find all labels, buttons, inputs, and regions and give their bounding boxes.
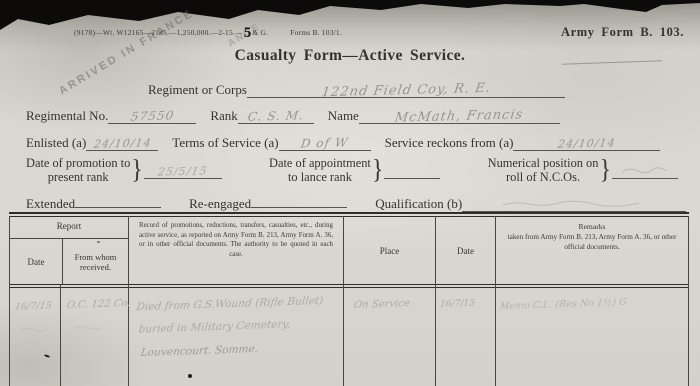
col-header-from-whom: From whom received. [63,239,128,285]
enlistment-row: Enlisted (a) 24/10/14 Terms of Service (… [26,135,660,151]
numerical-position-field: Numerical position on roll of N.C.Os. } [488,157,678,184]
col-header-date: Date [10,239,63,285]
scan-speck [188,374,192,378]
pencil-scribble [499,198,649,208]
qualification-label: Qualification (b) [375,196,462,212]
regimental-no-value: 57550 [130,108,175,123]
numerical-label: Numerical position on roll of N.C.Os. [488,157,599,184]
name-value: McMath, Francis [394,107,525,125]
report-header: Report [10,216,128,239]
entry-record-line3: Louvencourt. Somme. [140,343,259,359]
row-date2-cell: 16/7/15 [436,285,496,386]
report-header-cell: Report Date From whom received. [9,216,129,285]
promotion-value: 25/5/15 [157,164,209,178]
casualty-form-document: ANCE ARRIVED IN FRANCE (9178)—Wt. W12165… [0,0,700,386]
rank-line: C. S. M. [238,108,314,124]
brace-glyph: } [371,155,385,186]
name-line: McMath, Francis [359,108,560,124]
entry-report-date: 16/7/15 [14,300,52,312]
regiment-label: Regiment or Corps [148,82,247,98]
regimental-no-label: Regimental No. [26,108,108,124]
pencil-scribble [73,323,107,331]
promotion-label: Date of promotion to present rank [26,157,130,184]
promotion-field: Date of promotion to present rank } 25/5… [26,157,222,184]
brace-glyph: } [598,155,612,186]
row-from-whom-cell: O.C. 122 Co. [61,285,129,386]
row-place-cell: On Service [344,285,436,386]
pencil-scribble [18,325,52,333]
entry-record-line2: buried in Military Cemetery, [138,318,291,335]
service-reckons-label: Service reckons from (a) [385,135,514,151]
terms-value: D of W [300,135,350,150]
regiment-line: 122nd Field Coy, R. E. [247,82,565,98]
regiment-field: Regiment or Corps 122nd Field Coy, R. E. [148,82,565,98]
record-table: Report Date From whom received. Record o… [9,216,689,386]
forms-reference: Forms B. 103/1. [290,28,342,37]
reengaged-line [251,192,347,208]
printer-imprint: (9178)—Wt. W12165—2145.—1,250,000.—2-15.… [74,23,342,40]
remarks-subtext: taken from Army Form B. 213, Army Form A… [508,233,677,251]
rank-value: C. S. M. [247,108,305,123]
enlisted-line: 24/10/14 [86,135,158,151]
terms-label: Terms of Service (a) [172,135,278,151]
brace-glyph: } [130,155,144,186]
imprint-text: (9178)—Wt. W12165—2145.—1,250,000.—2-15.… [74,28,243,37]
service-reckons-value: 24/10/14 [557,136,617,150]
rank-label: Rank [210,108,237,124]
pencil-scribble [620,165,670,175]
entry-from-whom: O.C. 122 Co. [66,298,131,311]
entry-record-line1: Died from G.S.Wound (Rifle Bullet) [136,295,324,313]
scan-speck [97,241,100,243]
appointment-label: Date of appointment to lance rank [269,157,371,184]
col-header-place: Place [344,216,436,285]
col-header-date2: Date [436,216,496,285]
service-reckons-line: 24/10/14 [513,135,660,151]
appointment-field: Date of appointment to lance rank } [269,157,440,184]
row-record-cell: Died from G.S.Wound (Rifle Bullet) burie… [129,285,344,386]
extended-label: Extended [26,196,75,212]
row-remarks-cell: Memo C.L. (Res No 1½) G [496,285,689,386]
remarks-title: Remarks [504,222,680,232]
numerical-line [612,163,678,179]
qualification-line [462,196,686,212]
enlisted-label: Enlisted (a) [26,135,86,151]
entry-place: On Service [353,298,410,311]
regimental-no-line: 57550 [108,108,196,124]
regiment-value: 122nd Field Coy, R. E. [320,81,491,100]
identity-row: Regimental No. 57550 Rank C. S. M. Name … [26,108,560,124]
col-header-remarks: Remarks taken from Army Form B. 213, Arm… [496,216,689,285]
reengaged-label: Re-engaged [189,196,251,212]
entry-date2: 16/7/15 [439,298,475,309]
promotion-line: 25/5/15 [144,163,222,179]
entry-remarks: Memo C.L. (Res No 1½) G [499,297,627,312]
qualification-row: Extended Re-engaged Qualification (b) [26,192,686,212]
imprint-suffix: & G. [252,28,268,37]
appointment-line [384,163,440,179]
extended-line [75,192,161,208]
col-header-record: Record of promotions, reductions, transf… [129,216,344,285]
name-label: Name [328,108,359,124]
enlisted-value: 24/10/14 [92,136,152,150]
form-number: Army Form B. 103. [561,25,684,40]
promotion-row: Date of promotion to present rank } 25/5… [26,157,678,184]
handwritten-five: 5 [244,25,252,41]
row-date-cell: 16/7/15 [9,285,61,386]
terms-line: D of W [279,135,371,151]
